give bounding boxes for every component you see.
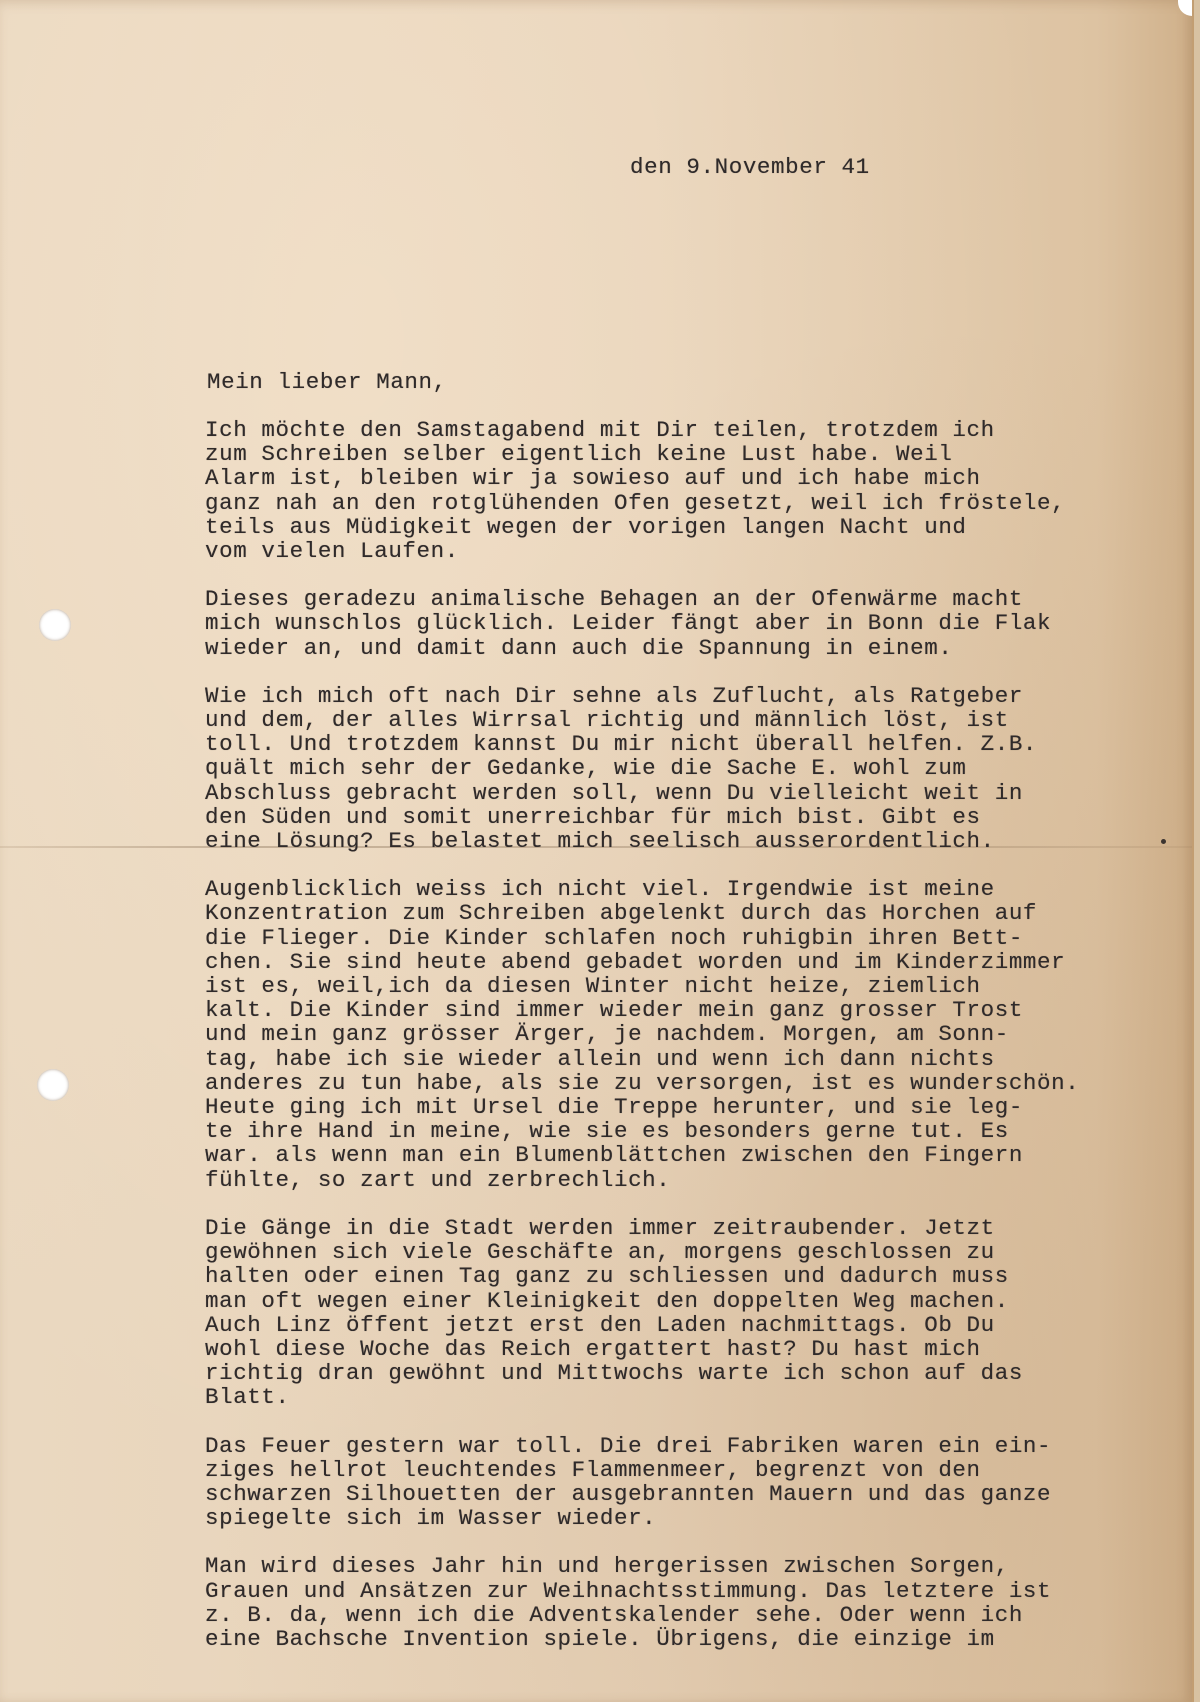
paragraph-1: Ich möchte den Samstagabend mit Dir teil…	[205, 418, 1145, 563]
text-line: und dem, der alles Wirrsal richtig und m…	[205, 708, 1145, 732]
text-line: eine Bachsche Invention spiele. Übrigens…	[205, 1627, 1145, 1651]
text-line: wohl diese Woche das Reich ergattert has…	[205, 1337, 1145, 1361]
text-line: tag, habe ich sie wieder allein und wenn…	[205, 1047, 1145, 1071]
text-line: vom vielen Laufen.	[205, 539, 1145, 563]
text-line: mich wunschlos glücklich. Leider fängt a…	[205, 611, 1145, 635]
text-line: quält mich sehr der Gedanke, wie die Sac…	[205, 756, 1145, 780]
text-line: z. B. da, wenn ich die Adventskalender s…	[205, 1603, 1145, 1627]
text-line: Das Feuer gestern war toll. Die drei Fab…	[205, 1434, 1145, 1458]
punch-hole-bottom	[37, 1069, 69, 1101]
paragraph-2: Dieses geradezu animalische Behagen an d…	[205, 587, 1145, 660]
text-line: halten oder einen Tag ganz zu schliessen…	[205, 1264, 1145, 1288]
text-line: ganz nah an den rotglühenden Ofen gesetz…	[205, 491, 1145, 515]
date-line: den 9.November 41	[630, 155, 870, 179]
text-line: gewöhnen sich viele Geschäfte an, morgen…	[205, 1240, 1145, 1264]
paragraph-5: Die Gänge in die Stadt werden immer zeit…	[205, 1216, 1145, 1410]
text-line: wieder an, und damit dann auch die Spann…	[205, 636, 1145, 660]
text-line: Auch Linz öffent jetzt erst den Laden na…	[205, 1313, 1145, 1337]
text-line: teils aus Müdigkeit wegen der vorigen la…	[205, 515, 1145, 539]
text-line: schwarzen Silhouetten der ausgebrannten …	[205, 1482, 1145, 1506]
text-line: ist es, weil,ich da diesen Winter nicht …	[205, 974, 1145, 998]
paragraph-7: Man wird dieses Jahr hin und hergerissen…	[205, 1554, 1145, 1651]
text-line: Konzentration zum Schreiben abgelenkt du…	[205, 901, 1145, 925]
text-line: te ihre Hand in meine, wie sie es besond…	[205, 1119, 1145, 1143]
text-line: Heute ging ich mit Ursel die Treppe heru…	[205, 1095, 1145, 1119]
text-line: Abschluss gebracht werden soll, wenn Du …	[205, 781, 1145, 805]
salutation: Mein lieber Mann,	[207, 370, 447, 394]
text-line: die Flieger. Die Kinder schlafen noch ru…	[205, 926, 1145, 950]
text-line: eine Lösung? Es belastet mich seelisch a…	[205, 829, 1145, 853]
text-line: und mein ganz grösser Ärger, je nachdem.…	[205, 1022, 1145, 1046]
punch-hole-top	[39, 609, 71, 641]
text-line: Man wird dieses Jahr hin und hergerissen…	[205, 1554, 1145, 1578]
text-line: Wie ich mich oft nach Dir sehne als Zufl…	[205, 684, 1145, 708]
text-line: man oft wegen einer Kleinigkeit den dopp…	[205, 1289, 1145, 1313]
text-line: Grauen und Ansätzen zur Weihnachtsstimmu…	[205, 1579, 1145, 1603]
torn-corner	[1178, 0, 1192, 16]
paragraph-3: Wie ich mich oft nach Dir sehne als Zufl…	[205, 684, 1145, 853]
letter-body: Ich möchte den Samstagabend mit Dir teil…	[205, 418, 1145, 1675]
text-line: Die Gänge in die Stadt werden immer zeit…	[205, 1216, 1145, 1240]
paragraph-4: Augenblicklich weiss ich nicht viel. Irg…	[205, 877, 1145, 1192]
text-line: Ich möchte den Samstagabend mit Dir teil…	[205, 418, 1145, 442]
text-line: Dieses geradezu animalische Behagen an d…	[205, 587, 1145, 611]
text-line: chen. Sie sind heute abend gebadet worde…	[205, 950, 1145, 974]
text-line: spiegelte sich im Wasser wieder.	[205, 1506, 1145, 1530]
text-line: fühlte, so zart und zerbrechlich.	[205, 1168, 1145, 1192]
text-line: den Süden und somit unerreichbar für mic…	[205, 805, 1145, 829]
ink-speck	[1161, 839, 1166, 844]
text-line: zum Schreiben selber eigentlich keine Lu…	[205, 442, 1145, 466]
text-line: toll. Und trotzdem kannst Du mir nicht ü…	[205, 732, 1145, 756]
text-line: Blatt.	[205, 1385, 1145, 1409]
text-line: anderes zu tun habe, als sie zu versorge…	[205, 1071, 1145, 1095]
letter-page: den 9.November 41 Mein lieber Mann, Ich …	[0, 0, 1194, 1702]
text-line: Alarm ist, bleiben wir ja sowieso auf un…	[205, 466, 1145, 490]
text-line: Augenblicklich weiss ich nicht viel. Irg…	[205, 877, 1145, 901]
text-line: war. als wenn man ein Blumenblättchen zw…	[205, 1143, 1145, 1167]
text-line: kalt. Die Kinder sind immer wieder mein …	[205, 998, 1145, 1022]
text-line: ziges hellrot leuchtendes Flammenmeer, b…	[205, 1458, 1145, 1482]
text-line: richtig dran gewöhnt und Mittwochs warte…	[205, 1361, 1145, 1385]
paragraph-6: Das Feuer gestern war toll. Die drei Fab…	[205, 1434, 1145, 1531]
